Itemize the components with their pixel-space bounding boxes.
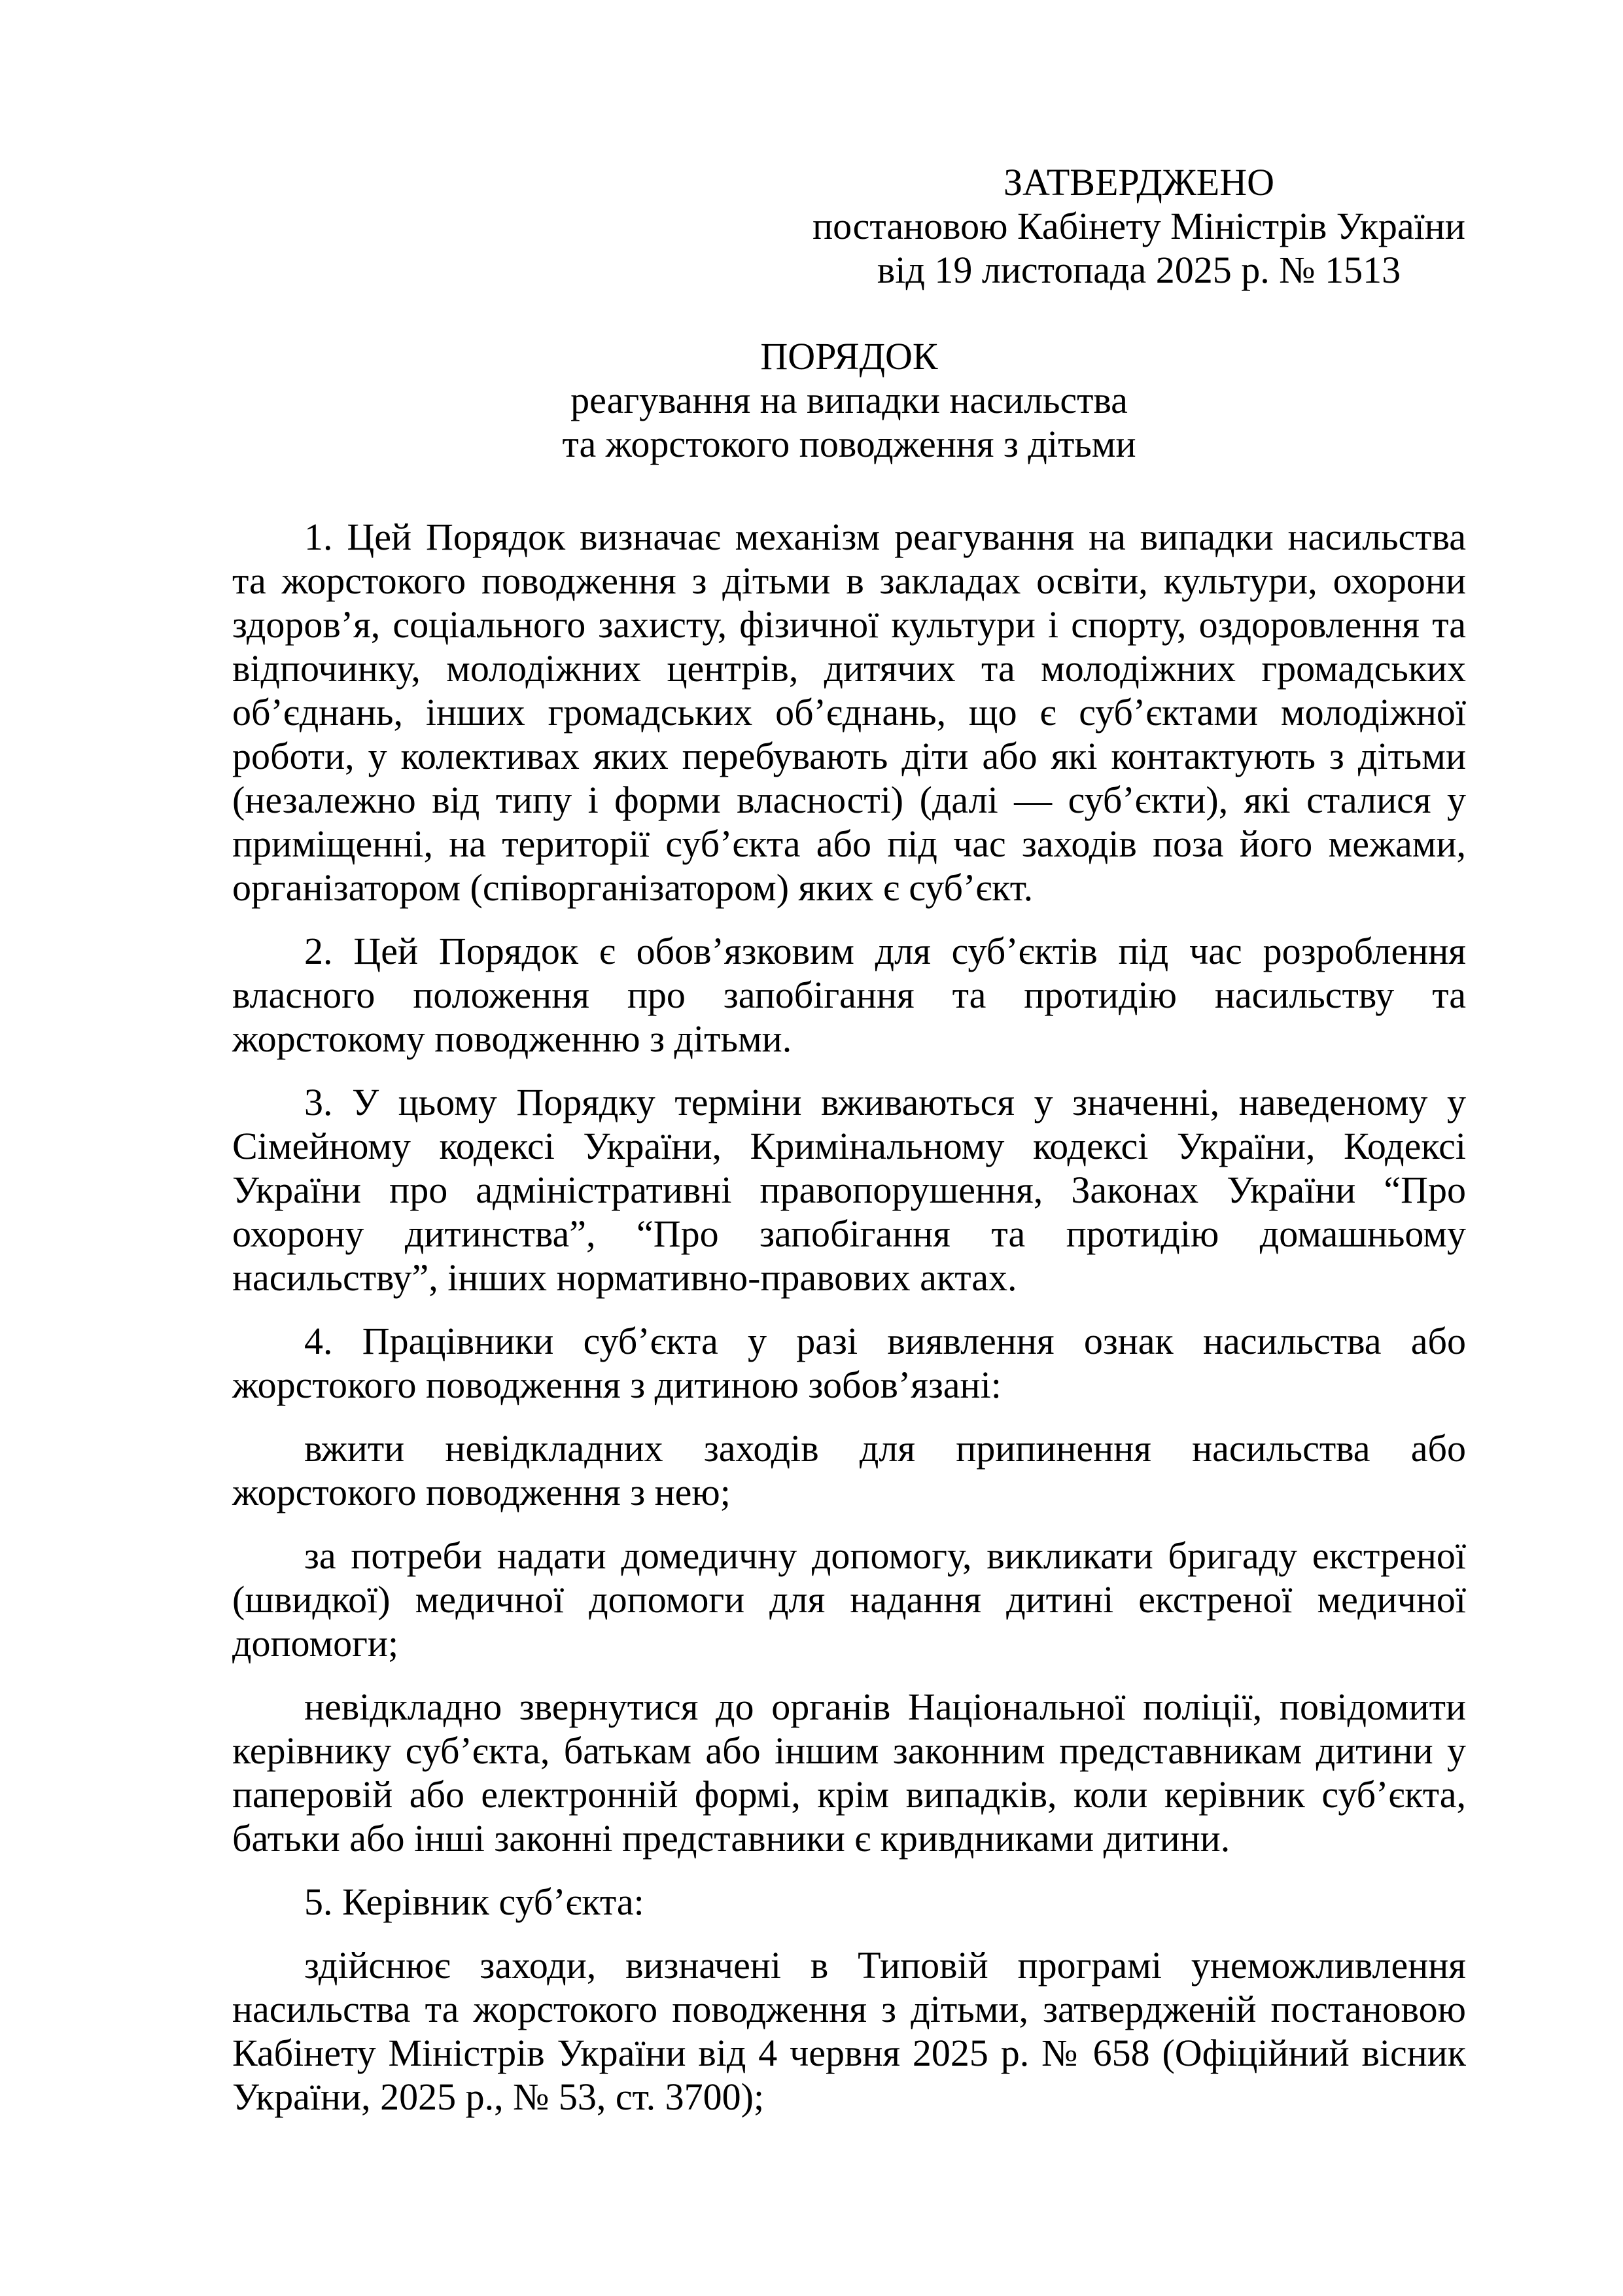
- approval-line-resolution: постановою Кабінету Міністрів України: [812, 204, 1466, 248]
- title-line-poriadok: ПОРЯДОК: [232, 334, 1466, 378]
- paragraph-5-item-1: здійснює заходи, визначені в Типовій про…: [232, 1943, 1466, 2119]
- paragraph-5: 5. Керівник суб’єкта:: [232, 1880, 1466, 1924]
- title-line-subject-2: та жорстокого поводження з дітьми: [232, 422, 1466, 466]
- paragraph-3: 3. У цьому Порядку терміни вживаються у …: [232, 1080, 1466, 1299]
- title-line-subject-1: реагування на випадки насильства: [232, 378, 1466, 422]
- document-page: ЗАТВЕРДЖЕНО постановою Кабінету Міністрі…: [0, 0, 1623, 2296]
- document-title: ПОРЯДОК реагування на випадки насильства…: [232, 334, 1466, 466]
- paragraph-4-item-3: невідкладно звернутися до органів Націон…: [232, 1685, 1466, 1860]
- paragraph-2: 2. Цей Порядок є обов’язковим для суб’єк…: [232, 929, 1466, 1061]
- paragraph-4: 4. Працівники суб’єкта у разі виявлення …: [232, 1319, 1466, 1407]
- approval-line-approved: ЗАТВЕРДЖЕНО: [812, 160, 1466, 204]
- approval-line-date-number: від 19 листопада 2025 р. № 1513: [812, 248, 1466, 292]
- document-body: 1. Цей Порядок визначає механізм реагува…: [232, 515, 1466, 2119]
- approval-stamp: ЗАТВЕРДЖЕНО постановою Кабінету Міністрі…: [812, 160, 1466, 292]
- paragraph-4-item-1: вжити невідкладних заходів для припиненн…: [232, 1426, 1466, 1514]
- paragraph-1: 1. Цей Порядок визначає механізм реагува…: [232, 515, 1466, 910]
- paragraph-4-item-2: за потреби надати домедичну допомогу, ви…: [232, 1534, 1466, 1665]
